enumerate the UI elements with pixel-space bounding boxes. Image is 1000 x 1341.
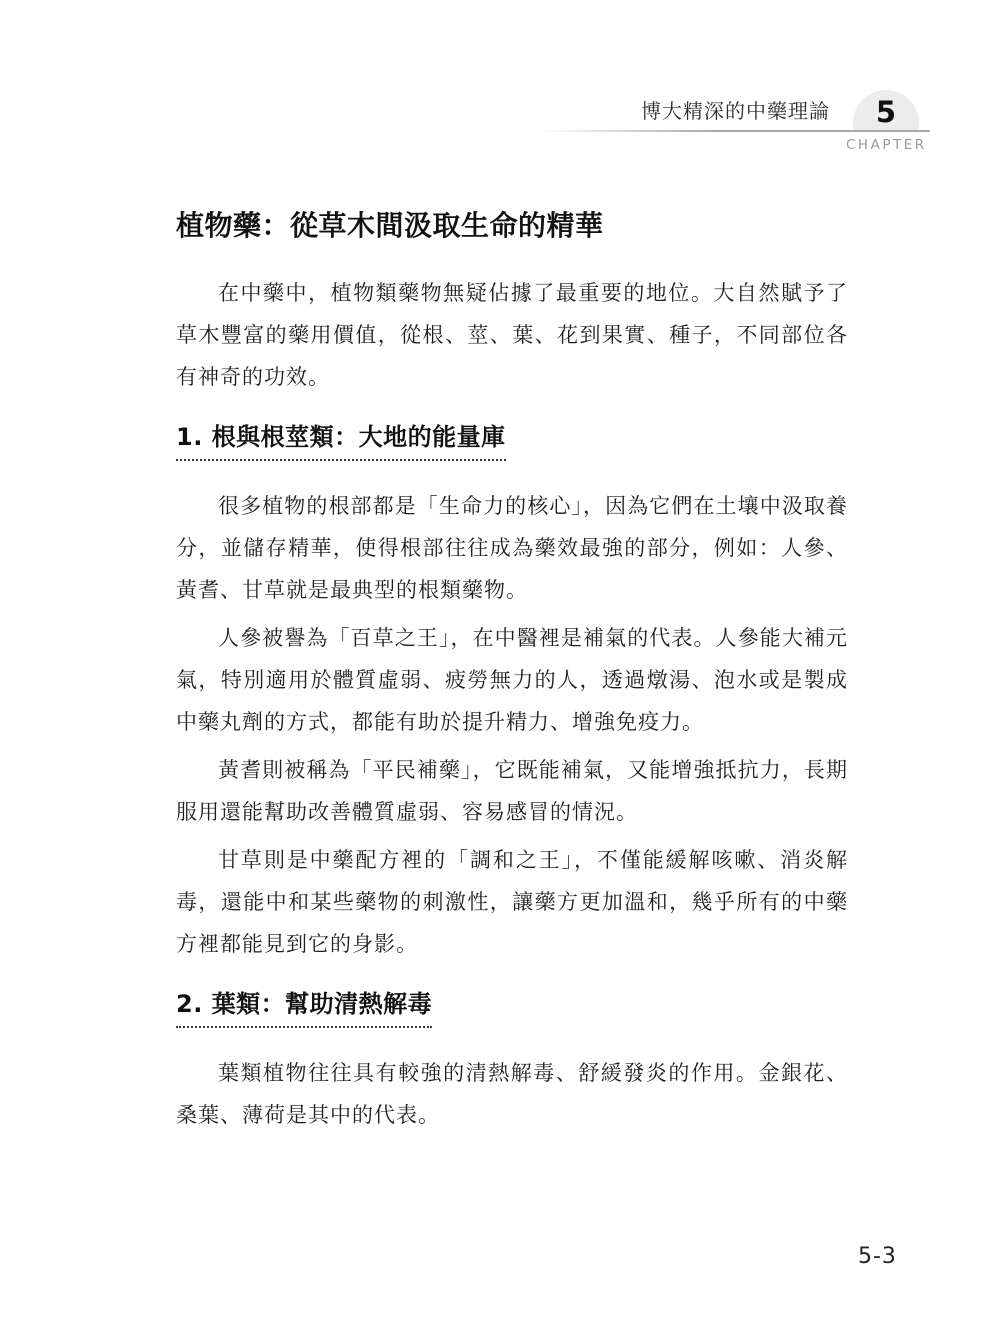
section-2-paragraph-1: 葉類植物往往具有較強的清熱解毒、舒緩發炎的作用。金銀花、桑葉、薄荷是其中的代表。 <box>176 1052 848 1136</box>
section-1-paragraph-3: 黃耆則被稱為「平民補藥」，它既能補氣，又能增強抵抗力，長期服用還能幫助改善體質虛… <box>176 749 848 833</box>
page-number: 5-3 <box>858 1244 897 1269</box>
chapter-number: 5 <box>876 98 896 127</box>
header-rule <box>540 130 930 132</box>
chapter-badge: 5 <box>853 90 919 130</box>
section-1-heading: 1. 根與根莖類：大地的能量庫 <box>176 420 506 461</box>
section-1-paragraph-4: 甘草則是中藥配方裡的「調和之王」，不僅能緩解咳嗽、消炎解毒，還能中和某些藥物的刺… <box>176 839 848 965</box>
section-2-heading: 2. 葉類：幫助清熱解毒 <box>176 987 432 1028</box>
page-content: 植物藥：從草木間汲取生命的精華 在中藥中，植物類藥物無疑佔據了最重要的地位。大自… <box>176 206 848 1142</box>
section-2-heading-row: 2. 葉類：幫助清熱解毒 <box>176 987 848 1028</box>
section-1-paragraph-1: 很多植物的根部都是「生命力的核心」，因為它們在土壤中汲取養分，並儲存精華，使得根… <box>176 485 848 611</box>
running-header-title: 博大精深的中藥理論 <box>641 95 830 124</box>
section-1-paragraph-2: 人參被譽為「百草之王」，在中醫裡是補氣的代表。人參能大補元氣，特別適用於體質虛弱… <box>176 617 848 743</box>
intro-paragraph: 在中藥中，植物類藥物無疑佔據了最重要的地位。大自然賦予了草木豐富的藥用價值，從根… <box>176 272 848 398</box>
page-title: 植物藥：從草木間汲取生命的精華 <box>176 206 848 246</box>
section-1-heading-row: 1. 根與根莖類：大地的能量庫 <box>176 420 848 461</box>
chapter-label: CHAPTER <box>846 137 926 153</box>
